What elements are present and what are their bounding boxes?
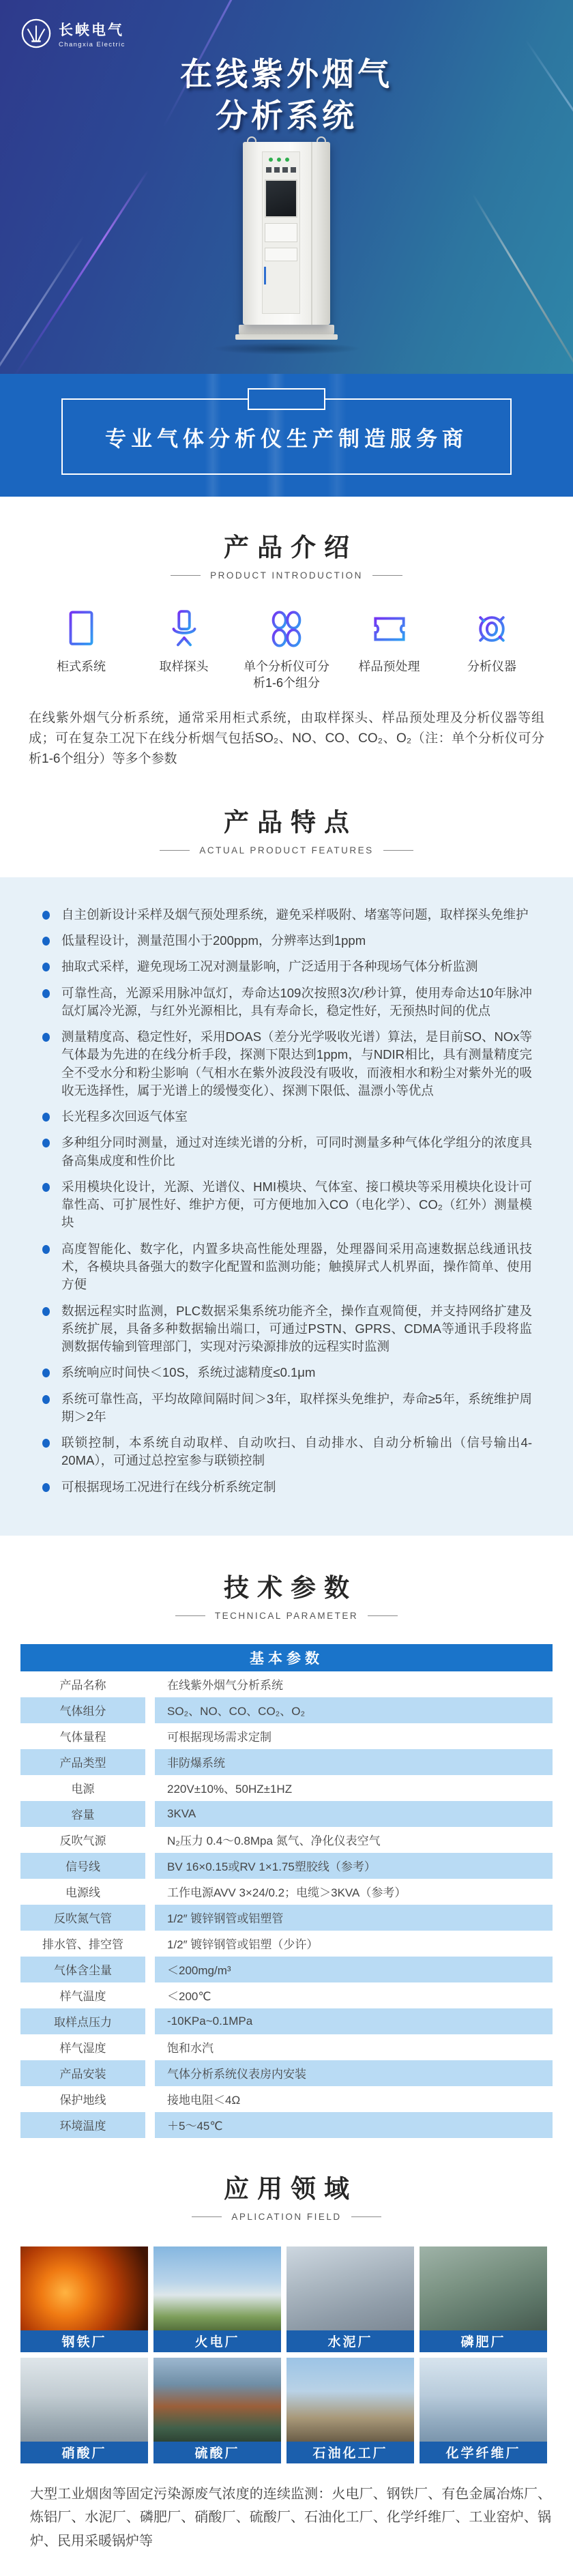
intro-subtitle: PRODUCT INTRODUCTION (210, 570, 363, 581)
intro-description: 在线紫外烟气分析系统，通常采用柜式系统，由取样探头、样品预处理及分析仪器等组成；… (29, 708, 544, 770)
feature-item: 测量精度高、稳定性好，采用DOAS（差分光学吸收光谱）算法，是目前SO、NOx等… (41, 1028, 532, 1100)
page-title: 在线紫外烟气 分析系统 (0, 53, 573, 136)
app-tile-cement-plant: 水泥厂 (286, 2246, 414, 2352)
app-tile-label: 火电厂 (153, 2330, 281, 2352)
applications-grid: 钢铁厂 火电厂 水泥厂 磷肥厂 硝酸厂 硫酸厂 (20, 2246, 553, 2463)
intro-item-pretreatment: 样品预处理 (341, 608, 438, 692)
app-tile-sulfuric-acid-plant: 硫酸厂 (153, 2358, 281, 2463)
brand-name-en: Changxia Electric (59, 41, 126, 48)
cabinet-screen (265, 179, 297, 218)
app-tile-label: 磷肥厂 (420, 2330, 547, 2352)
feature-item: 可根据现场工况进行在线分析系统定制 (41, 1478, 532, 1496)
cabinet-icon (60, 608, 102, 650)
page-title-line1: 在线紫外烟气 (0, 53, 573, 95)
feature-item: 系统可靠性高，平均故障间隔时间＞3年，取样探头免维护，寿命≥5年，系统维护周期＞… (41, 1390, 532, 1426)
spec-table-header: 基本参数 (20, 1644, 553, 1671)
slogan-frame-tab (248, 388, 325, 410)
app-tile-chemical-fiber-plant: 化学纤维厂 (420, 2358, 547, 2463)
slogan-banner: 专业气体分析仪生产制造服务商 (0, 374, 573, 497)
spec-row: 气体含尘量＜200mg/m³ (20, 1957, 553, 1982)
intro-item-components: 单个分析仪可分析1-6个组分 (238, 608, 335, 692)
spec-row: 取样点压力-10KPa~0.1MPa (20, 2008, 553, 2034)
spec-row: 反吹氮气管1/2″ 镀锌钢管或铝塑管 (20, 1905, 553, 1931)
spec-row: 环境温度＋5～45℃ (20, 2112, 553, 2138)
feature-item: 抽取式采样，避免现场工况对测量影响，广泛适用于各种现场气体分析监测 (41, 958, 532, 976)
spec-row: 电源线工作电源AVV 3×24/0.2；电缆＞3KVA（参考） (20, 1879, 553, 1905)
applications-footer-text: 大型工业烟囱等固定污染源废气浓度的连续监测：火电厂、钢铁厂、有色金属冶炼厂、炼铝… (30, 2483, 551, 2576)
spec-row: 容量3KVA (20, 1801, 553, 1827)
spec-row: 气体量程可根据现场需求定制 (20, 1723, 553, 1749)
feature-item: 采用模块化设计，光源、光谱仪、HMI模块、气体室、接口模块等采用模块化设计可靠性… (41, 1178, 532, 1232)
decor-streak (472, 194, 573, 374)
spec-row: 信号线BV 16×0.15或RV 1×1.75塑胶线（参考） (20, 1853, 553, 1879)
features-section: 产品特点 ACTUAL PRODUCT FEATURES 自主创新设计采样及烟气… (0, 802, 573, 1536)
ticket-icon (368, 608, 411, 650)
feature-item: 高度智能化、数字化，内置多块高性能处理器，处理器间采用高速数据总线通讯技术，各模… (41, 1240, 532, 1294)
analyzer-cabinet-image (243, 142, 330, 355)
applications-section: 应用领域 APLICATION FIELD 钢铁厂 火电厂 水泥厂 (0, 2138, 573, 2576)
power-plant-photo (153, 2246, 281, 2330)
feature-item: 低量程设计，测量范围小于200ppm，分辨率达到1ppm (41, 932, 532, 950)
spec-row: 气体组分SO₂、NO、CO、CO₂、O₂ (20, 1697, 553, 1723)
feature-item: 联锁控制，本系统自动取样、自动吹扫、自动排水、自动分析输出（信号输出4-20MA… (41, 1434, 532, 1470)
feature-item: 系统响应时间快＜10S，系统过滤精度≤0.1μm (41, 1364, 532, 1381)
decor-streak (14, 169, 149, 374)
decor-streak (0, 235, 85, 374)
brand-name: 长峡电气 (59, 19, 126, 40)
intro-item-label: 柜式系统 (33, 658, 130, 675)
feature-item: 数据远程实时监测，PLC数据采集系统功能齐全，操作直观简便，并支持网络扩建及系统… (41, 1302, 532, 1356)
chemical-fiber-plant-photo (420, 2358, 547, 2442)
slogan-frame: 专业气体分析仪生产制造服务商 (61, 398, 512, 475)
page-title-line2: 分析系统 (0, 95, 573, 136)
specs-subtitle: TECHNICAL PARAMETER (215, 1611, 358, 1621)
feature-item: 自主创新设计采样及烟气预处理系统，避免采样吸附、堵塞等问题，取样探头免维护 (41, 906, 532, 924)
intro-item-label: 单个分析仪可分析1-6个组分 (238, 658, 335, 692)
intro-item-probe: 取样探头 (136, 608, 233, 692)
intro-title: 产品介绍 (0, 527, 573, 563)
applications-title: 应用领域 (0, 2168, 573, 2205)
features-title: 产品特点 (0, 802, 573, 838)
app-tile-label: 化学纤维厂 (420, 2442, 547, 2463)
slogan-text: 专业气体分析仪生产制造服务商 (105, 422, 468, 452)
features-panel: 自主创新设计采样及烟气预处理系统，避免采样吸附、堵塞等问题，取样探头免维护 低量… (0, 877, 573, 1536)
spec-table: 基本参数 产品名称在线紫外烟气分析系统 气体组分SO₂、NO、CO、CO₂、O₂… (20, 1644, 553, 2138)
spec-row: 产品类型非防爆系统 (20, 1749, 553, 1775)
app-tile-label: 硫酸厂 (153, 2442, 281, 2463)
app-tile-nitric-acid-plant: 硝酸厂 (20, 2358, 148, 2463)
specs-section: 技术参数 TECHNICAL PARAMETER 基本参数 产品名称在线紫外烟气… (0, 1536, 573, 2138)
app-tile-label: 水泥厂 (286, 2330, 414, 2352)
spec-row: 样气温度＜200℃ (20, 1982, 553, 2008)
feature-item: 长光程多次回返气体室 (41, 1108, 532, 1126)
feature-item: 多种组分同时测量，通过对连续光谱的分析，可同时测量多种气体化学组分的浓度具备高集… (41, 1134, 532, 1170)
intro-icon-row: 柜式系统 取样探头 (33, 608, 540, 692)
product-page: 长峡电气 Changxia Electric 在线紫外烟气 分析系统 (0, 0, 573, 2576)
intro-item-label: 分析仪器 (443, 658, 540, 675)
app-tile-phosphate-plant: 磷肥厂 (420, 2246, 547, 2352)
spec-row: 产品名称在线紫外烟气分析系统 (20, 1671, 553, 1697)
app-tile-power-plant: 火电厂 (153, 2246, 281, 2352)
spec-row: 电源220V±10%、50HZ±1HZ (20, 1775, 553, 1801)
spec-row: 产品安装气体分析系统仪表房内安装 (20, 2060, 553, 2086)
clover-icon (265, 608, 308, 650)
app-tile-label: 石油化工厂 (286, 2442, 414, 2463)
intro-section: 产品介绍 PRODUCT INTRODUCTION 柜式系统 (0, 497, 573, 770)
app-tile-petrochemical-plant: 石油化工厂 (286, 2358, 414, 2463)
intro-item-analyzer: 分析仪器 (443, 608, 540, 692)
hero-section: 长峡电气 Changxia Electric 在线紫外烟气 分析系统 (0, 0, 573, 374)
cement-plant-photo (286, 2246, 414, 2330)
phosphate-plant-photo (420, 2246, 547, 2330)
spec-row: 保护地线接地电阻＜4Ω (20, 2086, 553, 2112)
gear-icon (471, 608, 513, 650)
applications-subtitle: APLICATION FIELD (231, 2212, 341, 2222)
sulfuric-acid-plant-photo (153, 2358, 281, 2442)
feature-item: 可靠性高，光源采用脉冲氙灯，寿命达109次按照3次/秒计算，使用寿命达10年脉冲… (41, 984, 532, 1021)
brand-logo-icon (20, 18, 52, 49)
features-subtitle: ACTUAL PRODUCT FEATURES (199, 845, 373, 855)
probe-icon (163, 608, 205, 650)
spec-row: 样气湿度饱和水汽 (20, 2034, 553, 2060)
intro-item-label: 样品预处理 (341, 658, 438, 675)
app-tile-steel-plant: 钢铁厂 (20, 2246, 148, 2352)
spec-row: 反吹气源N₂压力 0.4～0.8Mpa 氮气、净化仪表空气 (20, 1827, 553, 1853)
intro-item-cabinet: 柜式系统 (33, 608, 130, 692)
nitric-acid-plant-photo (20, 2358, 148, 2442)
steel-plant-photo (20, 2246, 148, 2330)
brand-logo: 长峡电气 Changxia Electric (20, 18, 126, 49)
spec-row: 排水管、排空管1/2″ 镀锌钢管或铝塑（少许） (20, 1931, 553, 1957)
intro-item-label: 取样探头 (136, 658, 233, 675)
app-tile-label: 钢铁厂 (20, 2330, 148, 2352)
app-tile-label: 硝酸厂 (20, 2442, 148, 2463)
petrochemical-plant-photo (286, 2358, 414, 2442)
specs-title: 技术参数 (0, 1567, 573, 1604)
